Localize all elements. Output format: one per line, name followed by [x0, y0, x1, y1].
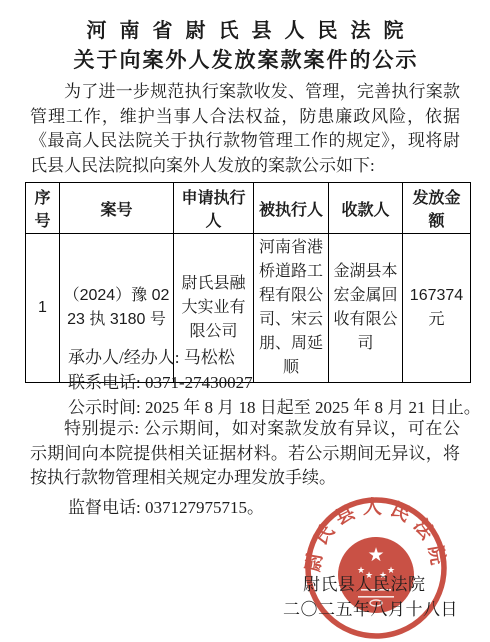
column-header-respondent: 被执行人 — [254, 183, 329, 234]
column-header-applicant: 申请执行人 — [174, 183, 254, 234]
seq-cell: 1 — [26, 234, 60, 383]
court-name-title: 河南省尉氏县人民法院 — [87, 20, 417, 42]
column-header-case-no: 案号 — [60, 183, 174, 234]
signature-date: 二〇二五年八月十八日 — [283, 595, 458, 620]
payee-cell: 金湖县本宏金属回收有限公司 — [329, 234, 403, 383]
intro-paragraph: 为了进一步规范执行案款收发、管理，完善执行案款管理工作，维护当事人合法权益，防患… — [30, 80, 460, 178]
supervision-phone-line: 监督电话: 037127975715。 — [68, 493, 264, 518]
page-title: 河南省尉氏县人民法院 — [0, 14, 490, 43]
publicity-period-line: 公示时间: 2025 年 8 月 18 日起至 2025 年 8 月 21 日止… — [68, 393, 481, 418]
column-header-payee: 收款人 — [329, 183, 403, 234]
handler-line: 承办人/经办人: 马松松 — [68, 343, 235, 368]
table-header-row: 序号 案号 申请执行人 被执行人 收款人 发放金额 — [26, 183, 471, 234]
contact-phone-line: 联系电话: 0371-27430027 — [68, 368, 253, 393]
column-header-seq: 序号 — [26, 183, 60, 234]
column-header-amount: 发放金额 — [403, 183, 471, 234]
big-star-icon: ★ — [367, 544, 384, 566]
amount-cell: 167374 元 — [403, 234, 471, 383]
notice-paragraph: 特别提示: 公示期间，如对案款发放有异议，可在公示期间向本院提供相关证据材料。若… — [30, 417, 460, 491]
announcement-title: 关于向案外人发放案款案件的公示 — [74, 48, 419, 72]
page-subtitle: 关于向案外人发放案款案件的公示 — [0, 44, 490, 74]
signature-court: 尉氏县人民法院 — [303, 570, 426, 595]
respondent-cell: 河南省港桥道路工程有限公司、宋云朋、周延顺 — [254, 234, 329, 383]
court-announcement-document: 河南省尉氏县人民法院 关于向案外人发放案款案件的公示 为了进一步规范执行案款收发… — [0, 0, 490, 642]
